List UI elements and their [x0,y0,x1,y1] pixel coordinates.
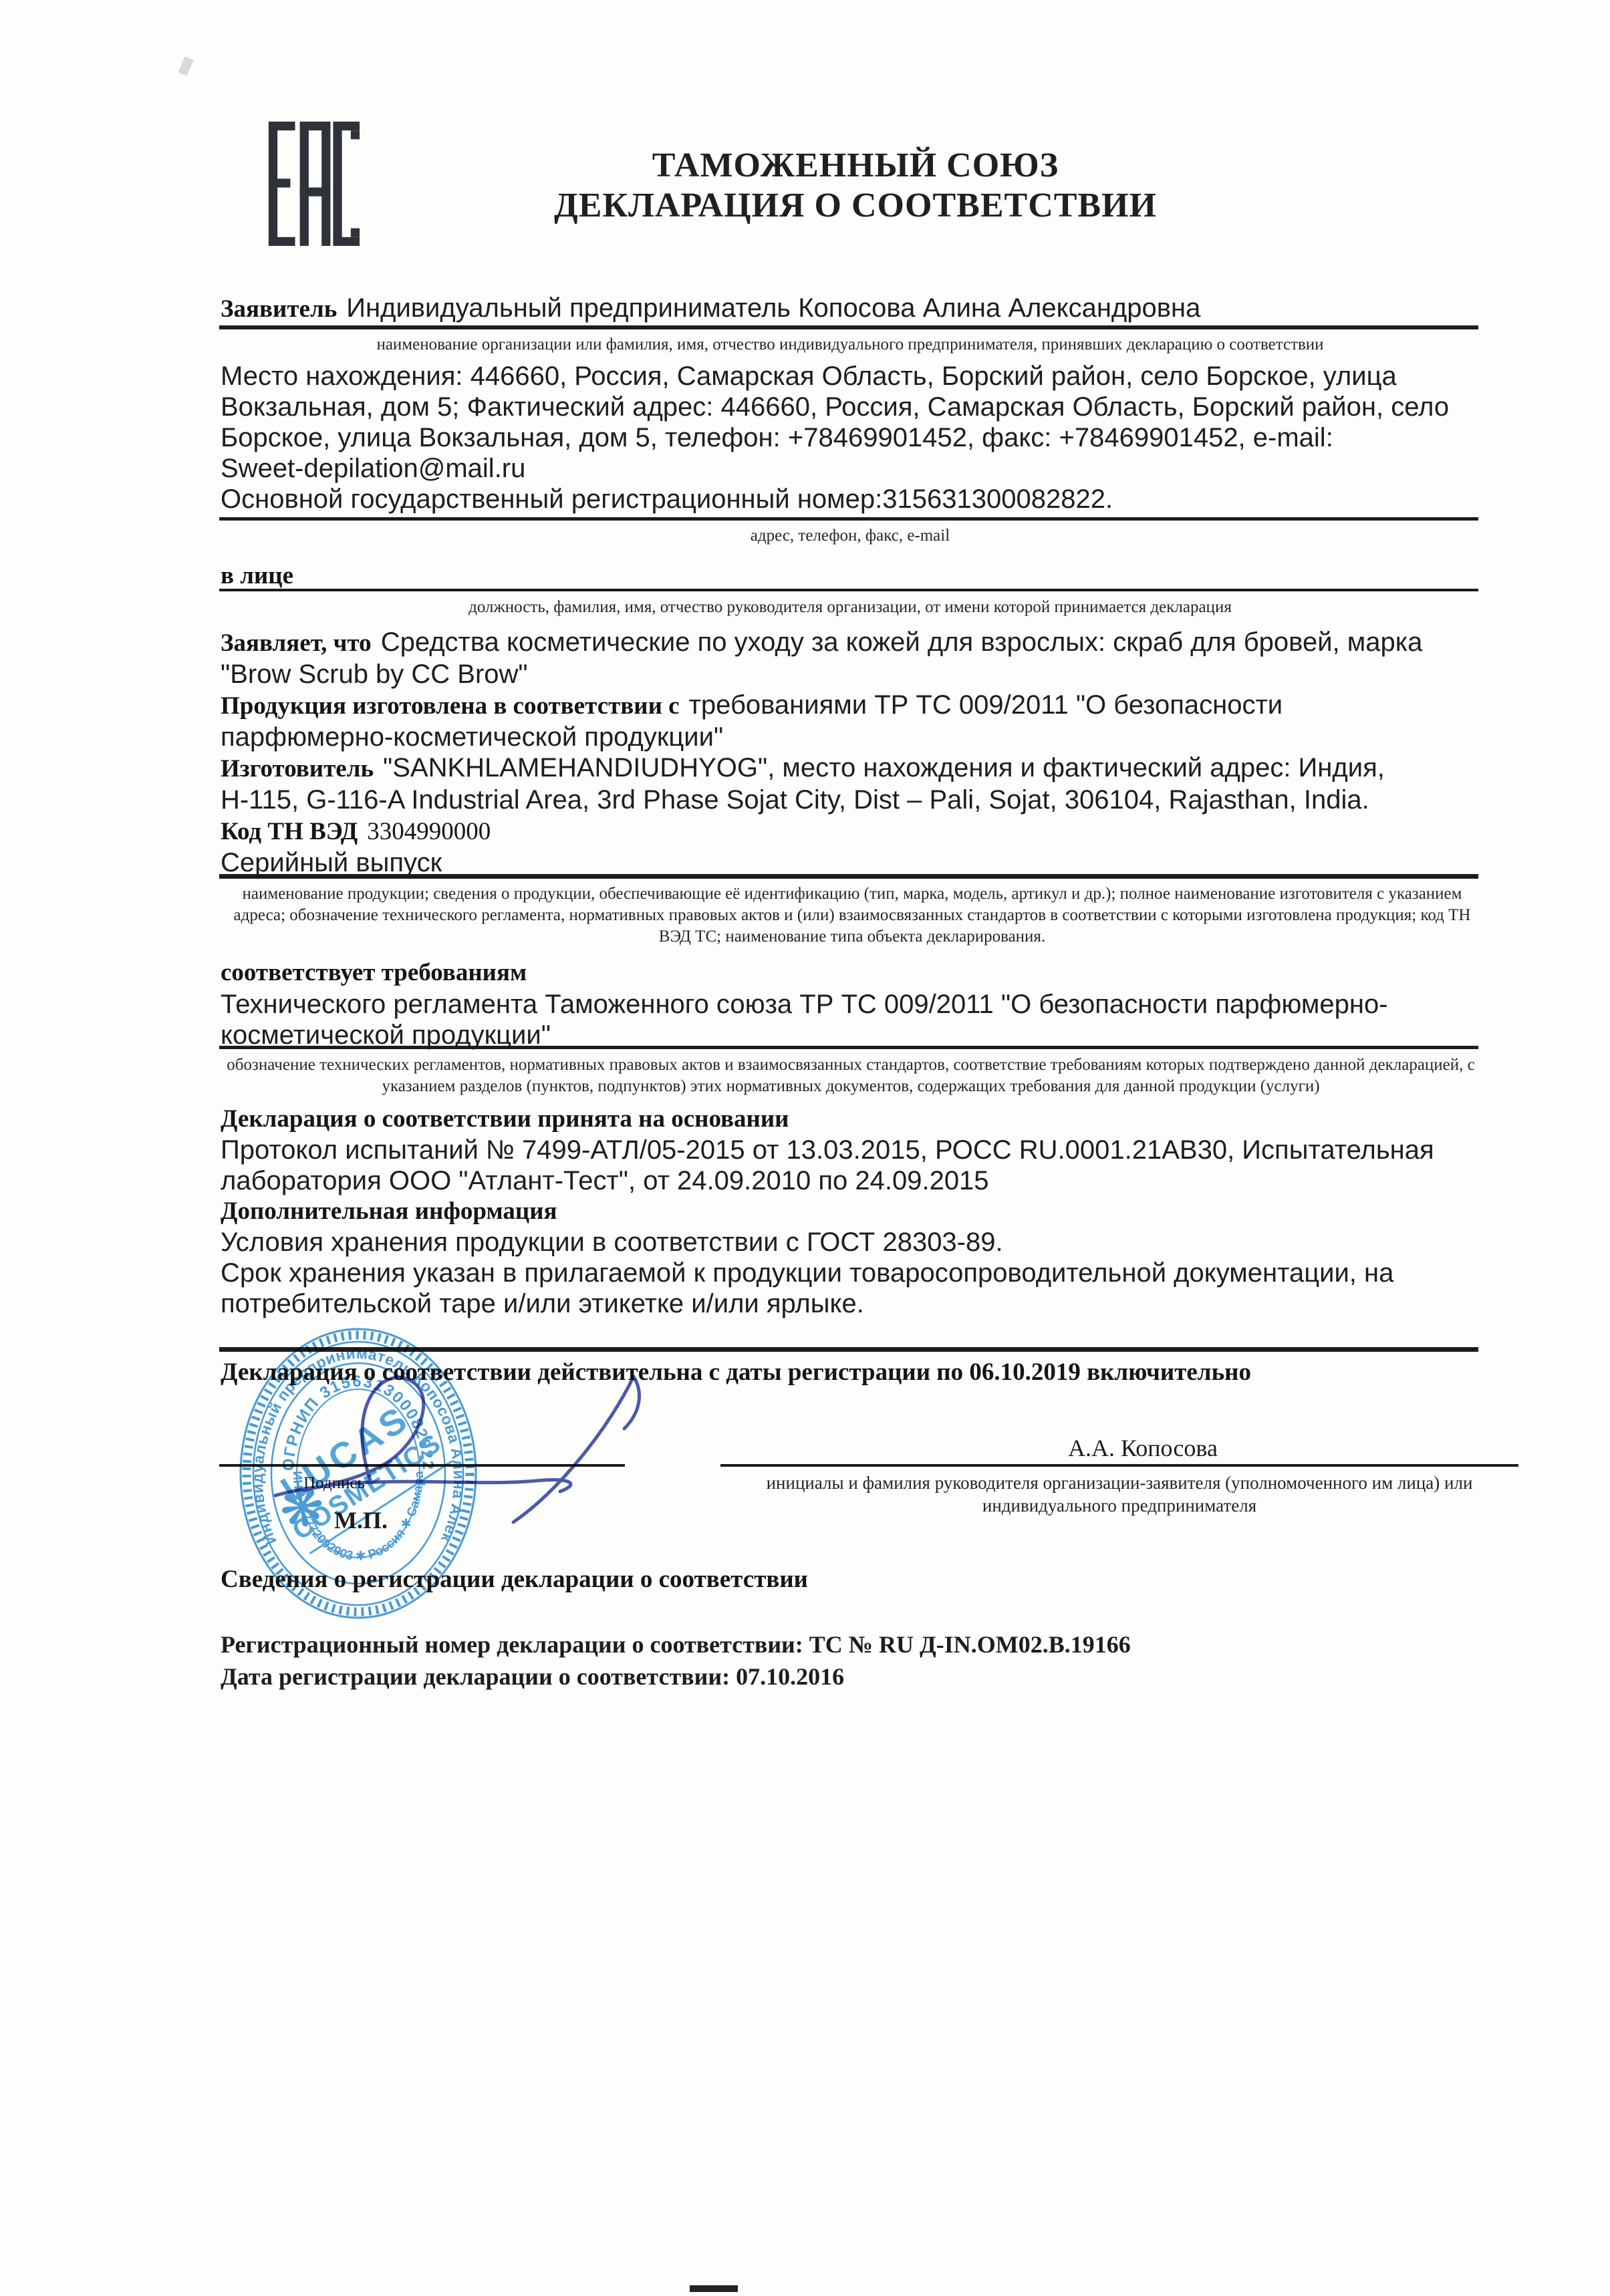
registration-info-label: Сведения о регистрации декларации о соот… [221,1565,1484,1594]
conformity-note: обозначение технических регламентов, нор… [224,1054,1478,1097]
tnved-row: Код ТН ВЭД3304990000 [221,815,1484,847]
manufacturer-row: Изготовитель"SANKHLAMEHANDIUDHYOG", мест… [221,752,1484,815]
divider-line [219,589,1478,591]
divider-line [219,325,1478,329]
registration-date: Дата регистрации декларации о соответств… [221,1663,1484,1691]
declares-value: Средства косметические по уходу за кожей… [221,627,1422,689]
person-label: в лице [221,561,293,590]
eac-logo-icon [251,122,378,246]
signer-note: инициалы и фамилия руководителя организа… [720,1471,1518,1517]
tnved-label: Код ТН ВЭД [221,818,358,845]
divider-line [219,517,1478,521]
divider-line-thick [219,874,1478,879]
applicant-label: Заявитель [221,295,337,323]
registration-number: Регистрационный номер декларации о соотв… [221,1630,1484,1659]
applicant-row: ЗаявительИндивидуальный предприниматель … [221,293,1484,323]
tnved-value: 3304990000 [367,818,491,845]
title-line-1: ТАМОЖЕННЫЙ СОЮЗ [388,146,1323,186]
product-section: Заявляет, чтоСредства косметические по у… [221,627,1484,878]
declaration-document: ТАМОЖЕННЫЙ СОЮЗ ДЕКЛАРАЦИЯ О СООТВЕТСТВИ… [0,0,1610,2296]
manufacturer-value: "SANKHLAMEHANDIUDHYOG", место нахождения… [221,753,1385,815]
eac-logo [251,122,378,249]
page-title: ТАМОЖЕННЫЙ СОЮЗ ДЕКЛАРАЦИЯ О СООТВЕТСТВИ… [388,146,1323,226]
pen-signature-icon [267,1363,735,1530]
declares-row: Заявляет, чтоСредства косметические по у… [221,627,1484,690]
made-row: Продукция изготовлена в соответствии стр… [221,690,1484,752]
manufacturer-label: Изготовитель [221,755,374,782]
conformity-label: соответствует требованиям [221,958,1484,989]
scan-artifact [178,56,193,76]
applicant-address: Место нахождения: 446660, Россия, Самарс… [221,361,1484,515]
applicant-note: наименование организации или фамилия, им… [221,334,1480,355]
divider-line [219,1046,1478,1049]
title-line-2: ДЕКЛАРАЦИЯ О СООТВЕТСТВИИ [388,186,1323,226]
additional-value-2: Срок хранения указан в прилагаемой к про… [221,1258,1484,1319]
applicant-value: Индивидуальный предприниматель Копосова … [346,293,1200,323]
made-label: Продукция изготовлена в соответствии с [221,692,680,720]
address-note: адрес, телефон, факс, e-mail [221,525,1480,547]
basis-value: Протокол испытаний № 7499-АТЛ/05-2015 от… [221,1135,1484,1196]
additional-value-1: Условия хранения продукции в соответстви… [221,1227,1484,1258]
basis-label: Декларация о соответствии принята на осн… [221,1104,1484,1135]
basis-section: Декларация о соответствии принята на осн… [221,1104,1484,1319]
additional-label: Дополнительная информация [221,1196,1484,1227]
conformity-value: Технического регламента Таможенного союз… [221,989,1484,1050]
conformity-section: соответствует требованиям Технического р… [221,958,1484,1050]
signature-line-right [720,1464,1518,1467]
person-note: должность, фамилия, имя, отчество руково… [221,597,1480,618]
signer-name: А.А. Копосова [769,1434,1517,1462]
scan-artifact [690,2285,738,2292]
product-note: наименование продукции; сведения о проду… [231,883,1474,948]
pen-signature [267,1363,735,1534]
declares-label: Заявляет, что [221,629,372,657]
